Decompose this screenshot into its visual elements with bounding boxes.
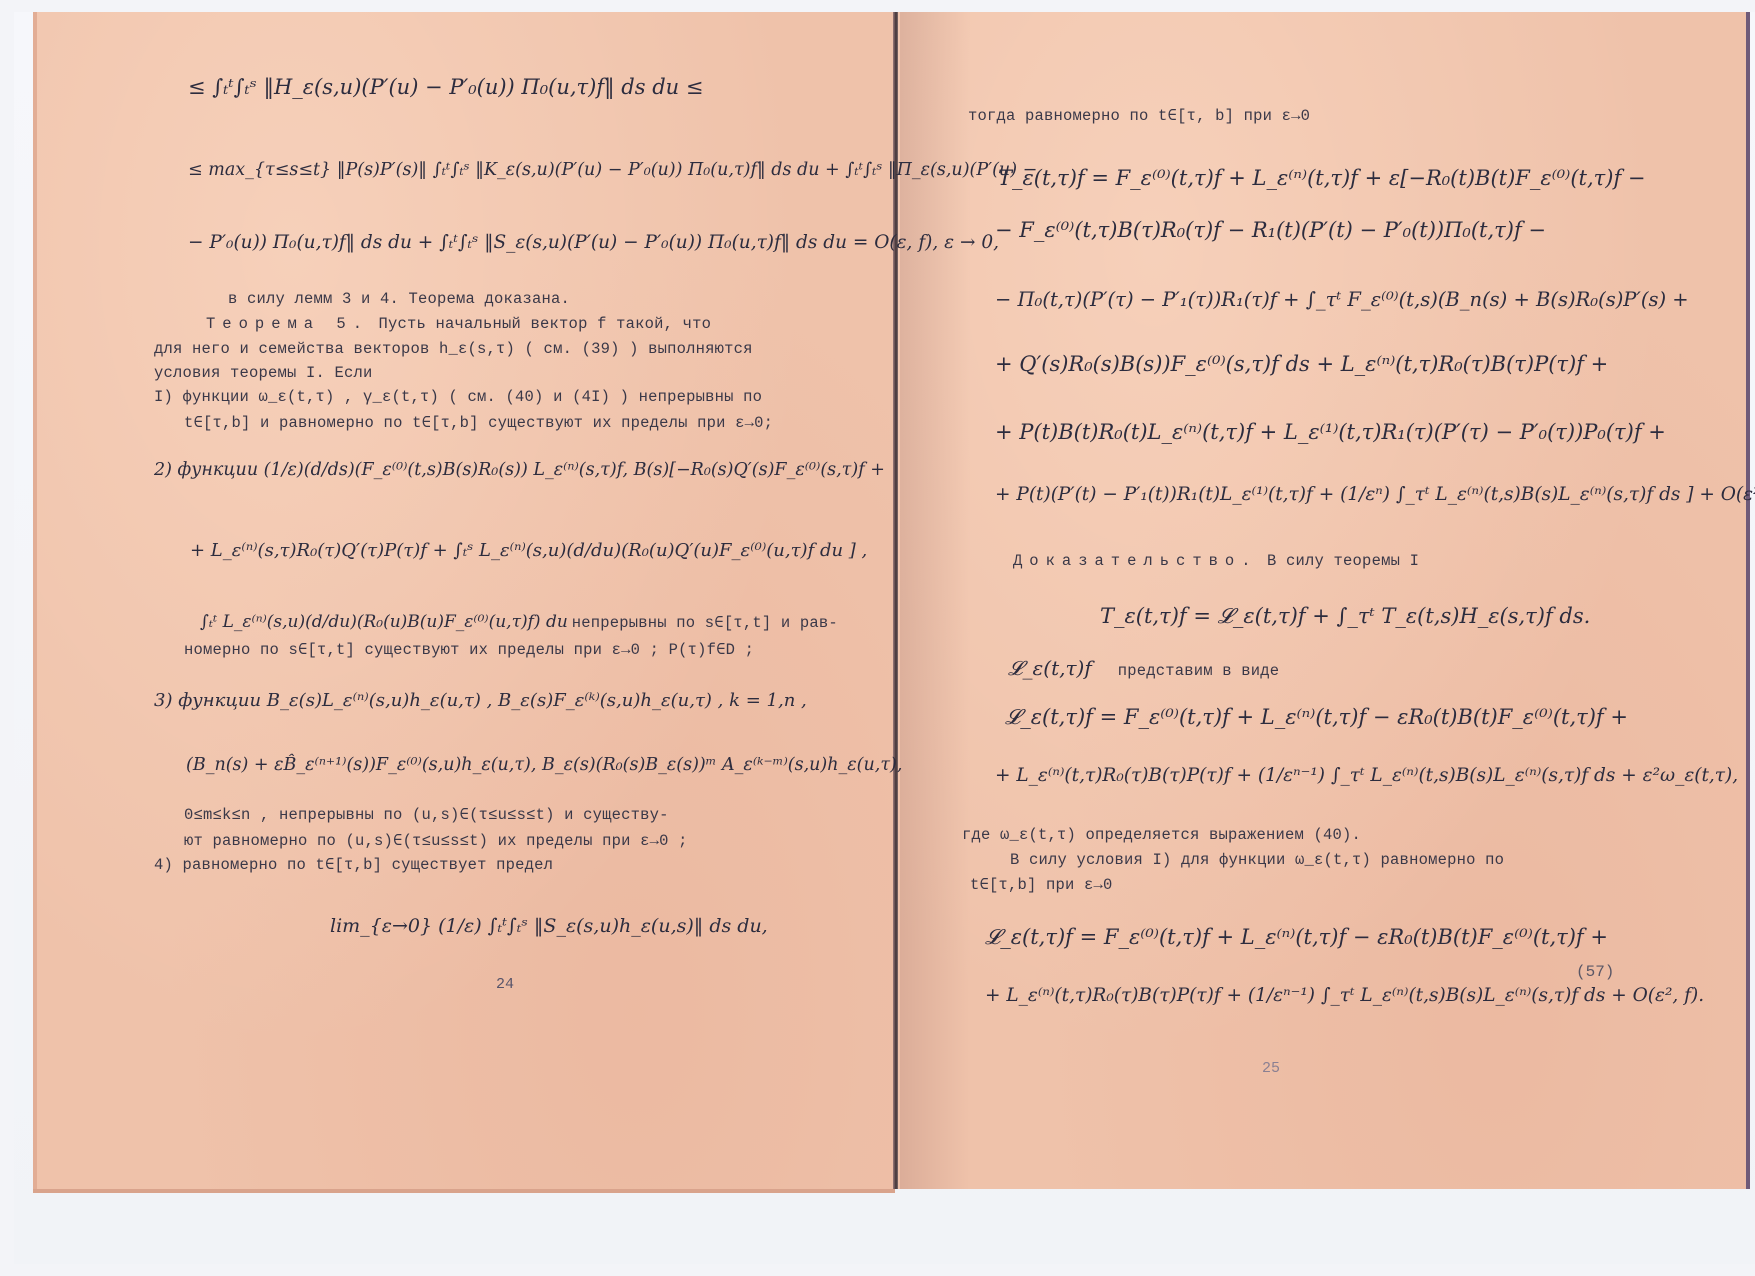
text-suffix: непрерывны по s∈[τ,t] и рав-: [572, 614, 838, 632]
formula-line: + P(t)(P′(t) − P′₁(t))R₁(t)L_ε⁽¹⁾(t,τ)f …: [995, 484, 1755, 505]
gutter-shadow: [900, 12, 970, 1189]
formula-line: ≤ ∫ₜᵗ∫ₜˢ ‖H_ε(s,u)(P′(u) − P′₀(u)) Π₀(u,…: [188, 75, 703, 99]
formula-line: − F_ε⁽⁰⁾(t,τ)B(τ)R₀(τ)f − R₁(t)(P′(t) − …: [995, 218, 1546, 242]
text-line: условия теоремы I. Если: [154, 364, 373, 382]
formula-line: + P(t)B(t)R₀(t)L_ε⁽ⁿ⁾(t,τ)f + L_ε⁽¹⁾(t,τ…: [995, 420, 1666, 444]
text-suffix: представим в виде: [1118, 662, 1280, 680]
text-line: для него и семейства векторов h_ε(s,τ) (…: [154, 340, 753, 358]
formula-with-text-line: 𝓛_ε(t,τ)f представим в виде: [1008, 656, 1279, 680]
text-line: в силу лемм 3 и 4. Теорема доказана.: [228, 290, 570, 308]
text-line: t∈[τ,b] при ε→0: [970, 875, 1113, 894]
theorem-text: Пусть начальный вектор f такой, что: [379, 315, 712, 333]
formula-line: + L_ε⁽ⁿ⁾(t,τ)R₀(τ)B(τ)P(τ)f + (1/εⁿ⁻¹) ∫…: [995, 765, 1738, 786]
proof-text: В силу теоремы I: [1267, 552, 1419, 570]
equation-number: (57): [1576, 963, 1614, 981]
condition-2-formula: 2) функции (1/ε)(d/ds)(F_ε⁽⁰⁾(t,s)B(s)R₀…: [154, 460, 885, 480]
formula-line: (B_n(s) + εB̂_ε⁽ⁿ⁺¹⁾(s))F_ε⁽⁰⁾(s,u)h_ε(u…: [186, 755, 902, 775]
formula-line: T_ε(t,τ)f = F_ε⁽⁰⁾(t,τ)f + L_ε⁽ⁿ⁾(t,τ)f …: [998, 166, 1646, 190]
page-number: 25: [1262, 1060, 1280, 1077]
formula-line: + L_ε⁽ⁿ⁾(s,τ)R₀(τ)Q′(τ)P(τ)f + ∫ₜˢ L_ε⁽ⁿ…: [190, 540, 867, 561]
formula-line: + Q′(s)R₀(s)B(s))F_ε⁽⁰⁾(s,τ)f ds + L_ε⁽ⁿ…: [995, 352, 1608, 376]
proof-label: Доказательство.: [1013, 552, 1258, 570]
text-line: t∈[τ,b] и равномерно по t∈[τ,b] существу…: [184, 413, 773, 432]
page-number: 24: [496, 976, 514, 993]
limit-formula: lim_{ε→0} (1/ε) ∫ₜᵗ∫ₜˢ ‖S_ε(s,u)h_ε(u,s)…: [330, 915, 768, 937]
formula-line: T_ε(t,τ)f = 𝓛_ε(t,τ)f + ∫_τᵗ T_ε(t,s)H_ε…: [1100, 604, 1590, 629]
text-line: В силу условия I) для функции ω_ε(t,τ) р…: [1010, 851, 1504, 869]
proof-heading-line: Доказательство. В силу теоремы I: [1013, 552, 1419, 570]
condition-4-line: 4) равномерно по t∈[τ,b] существует пред…: [154, 855, 553, 874]
text-line: ют равномерно по (u,s)∈(τ≤u≤s≤t) их пред…: [184, 831, 688, 850]
text-line: номерно по s∈[τ,t] существуют их пределы…: [184, 640, 754, 659]
formula-with-text-line: ∫ₜᵗ L_ε⁽ⁿ⁾(s,u)(d/du)(R₀(u)B(u)F_ε⁽⁰⁾(u,…: [200, 612, 838, 632]
theorem-label: Теорема 5.: [206, 315, 369, 333]
text-line: тогда равномерно по t∈[τ, b] при ε→0: [968, 106, 1310, 125]
formula-line: 𝓛_ε(t,τ)f = F_ε⁽⁰⁾(t,τ)f + L_ε⁽ⁿ⁾(t,τ)f …: [1005, 705, 1628, 730]
left-page: [33, 12, 895, 1189]
formula-line: − P′₀(u)) Π₀(u,τ)f‖ ds du + ∫ₜᵗ∫ₜˢ ‖S_ε(…: [188, 232, 999, 253]
text-line: где ω_ε(t,τ) определяется выражением (40…: [962, 826, 1361, 844]
formula-line: 𝓛_ε(t,τ)f = F_ε⁽⁰⁾(t,τ)f + L_ε⁽ⁿ⁾(t,τ)f …: [985, 925, 1608, 950]
text-line: 0≤m≤k≤n , непрерывны по (u,s)∈(τ≤u≤s≤t) …: [184, 805, 669, 824]
operator-expression: 𝓛_ε(t,τ)f: [1008, 656, 1092, 680]
condition-3-formula: 3) функции B_ε(s)L_ε⁽ⁿ⁾(s,u)h_ε(u,τ) , B…: [154, 690, 807, 711]
condition-1-line: I) функции ω_ε(t,τ) , γ_ε(t,τ) ( см. (40…: [154, 388, 762, 406]
integral-expression: ∫ₜᵗ L_ε⁽ⁿ⁾(s,u)(d/du)(R₀(u)B(u)F_ε⁽⁰⁾(u,…: [200, 612, 568, 632]
formula-line: − Π₀(t,τ)(P′(τ) − P′₁(τ))R₁(τ)f + ∫_τᵗ F…: [995, 288, 1689, 311]
theorem-heading-line: Теорема 5. Пусть начальный вектор f тако…: [206, 315, 711, 333]
formula-line: ≤ max_{τ≤s≤t} ‖P(s)P′(s)‖ ∫ₜᵗ∫ₜˢ ‖K_ε(s,…: [188, 160, 1037, 180]
formula-line: + L_ε⁽ⁿ⁾(t,τ)R₀(τ)B(τ)P(τ)f + (1/εⁿ⁻¹) ∫…: [985, 985, 1704, 1006]
